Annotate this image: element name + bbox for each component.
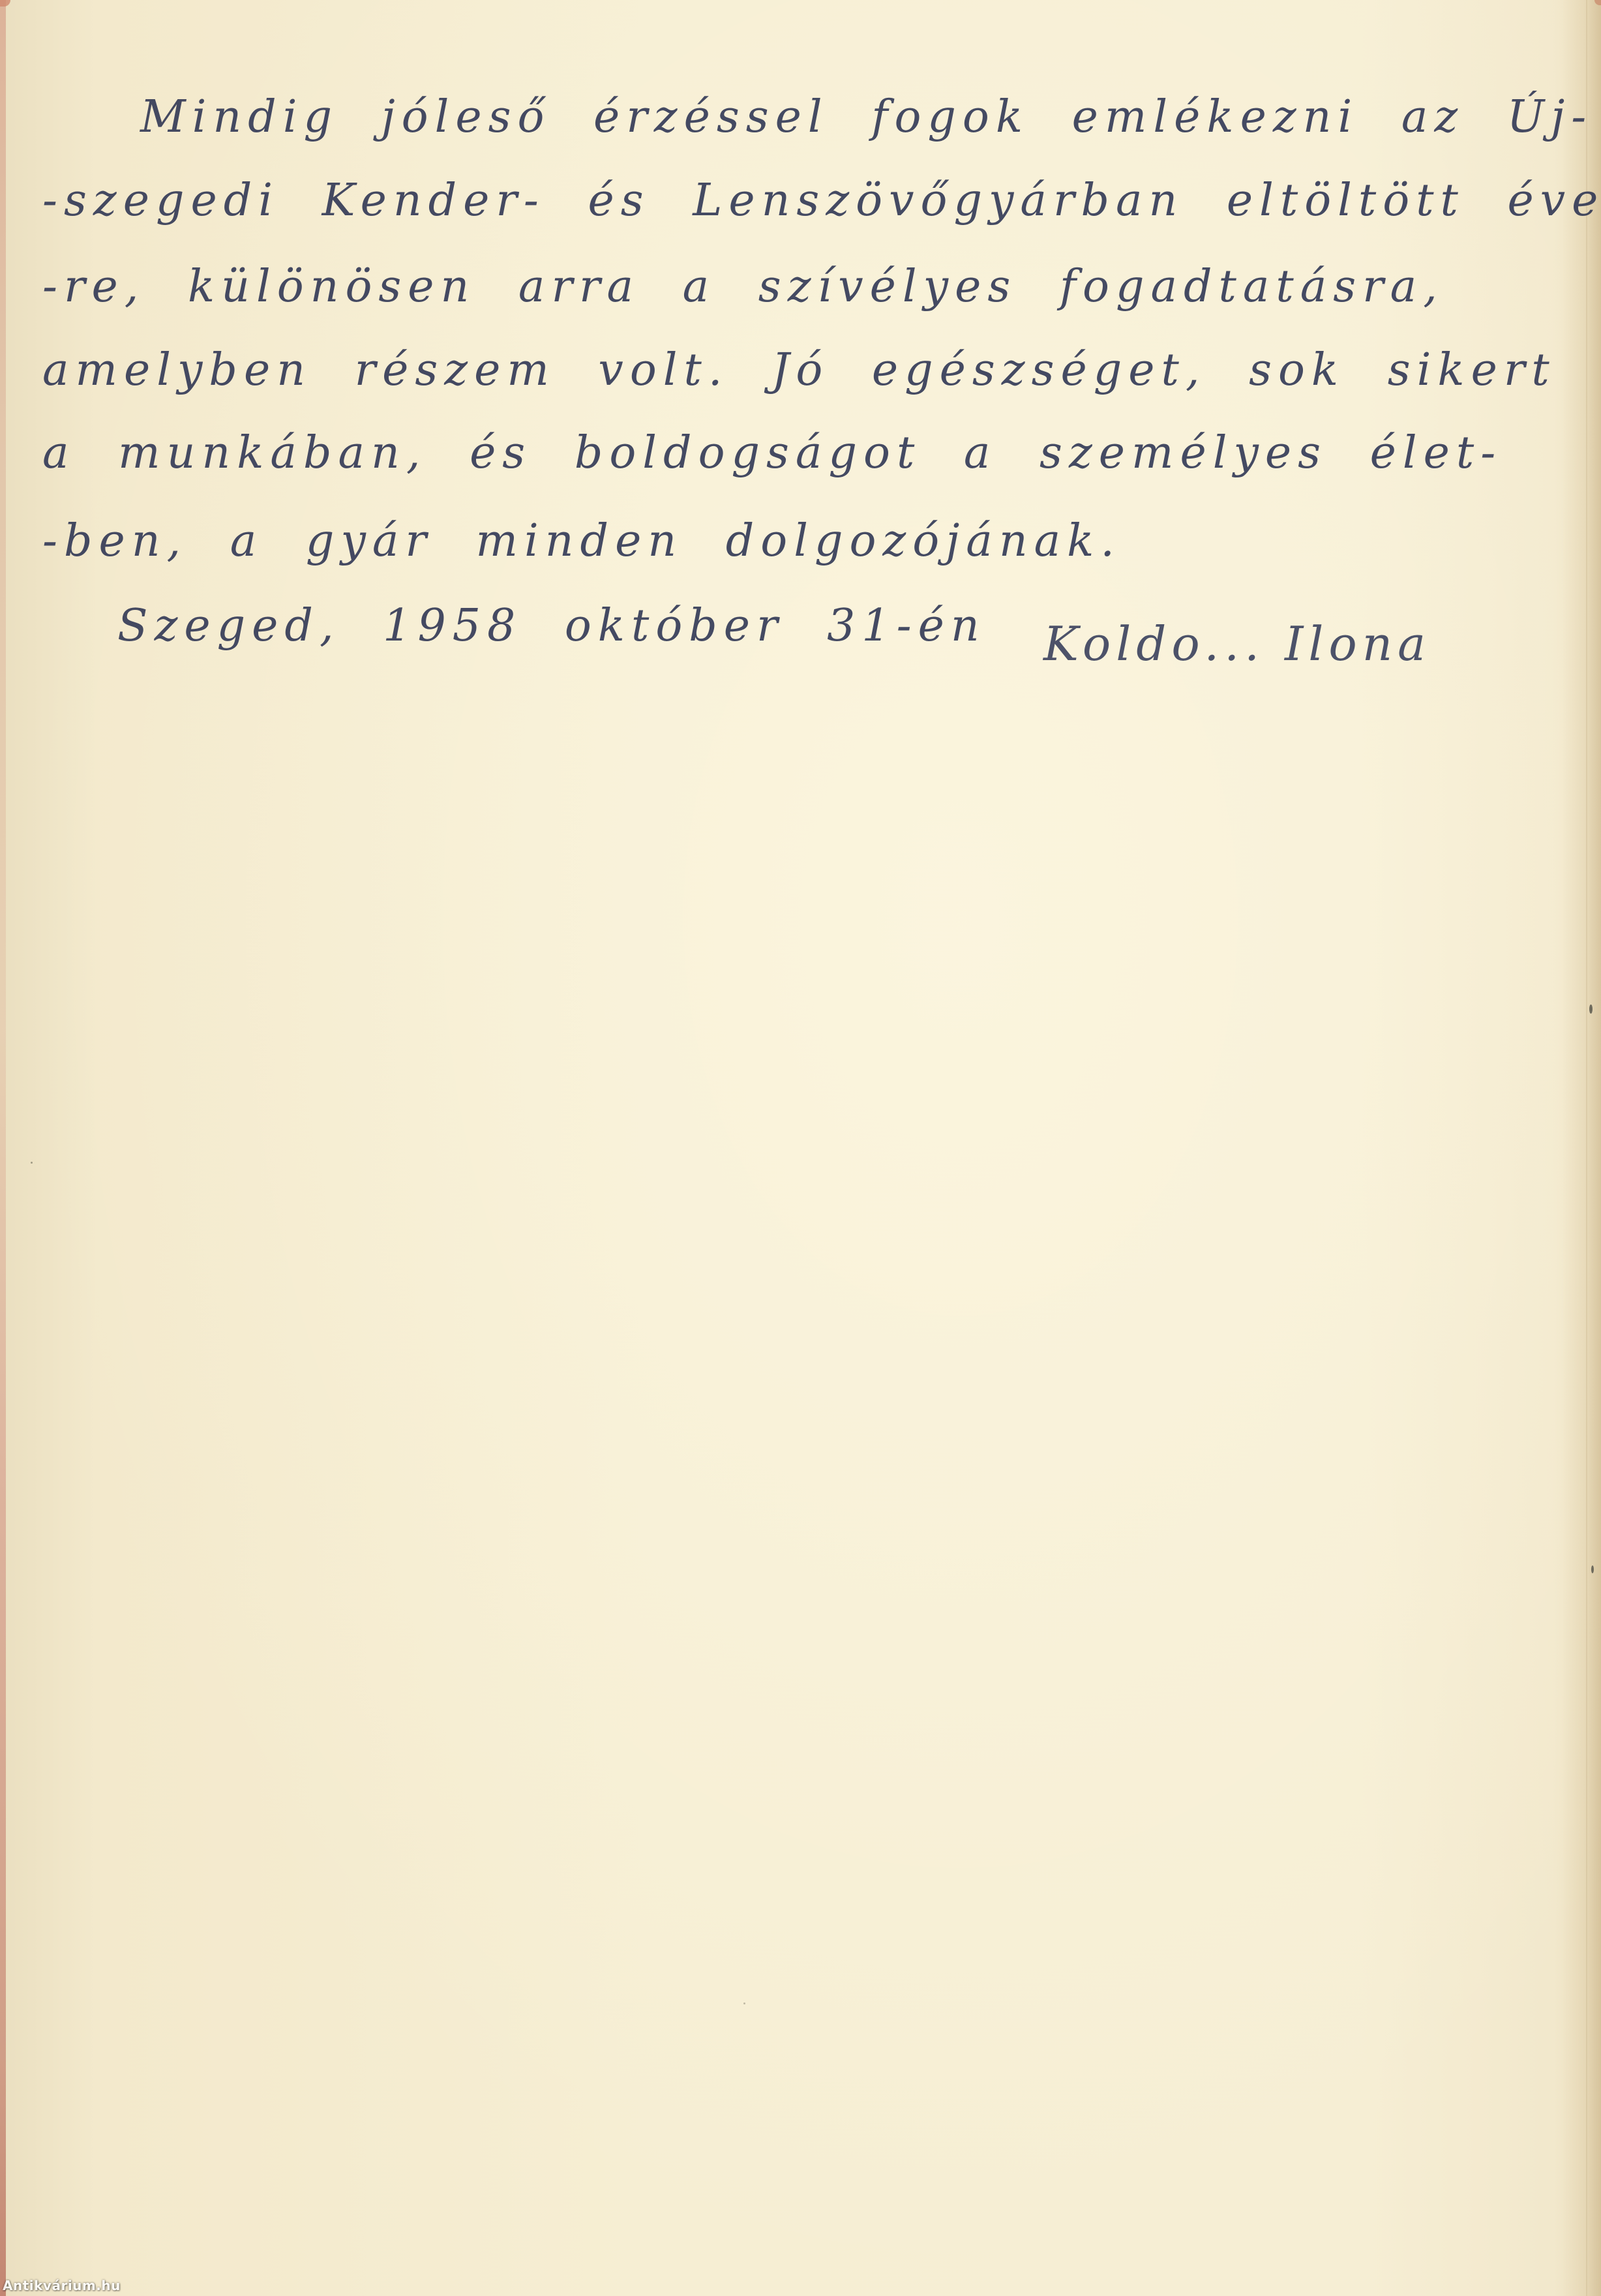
paper-speck (1589, 1004, 1593, 1014)
paper-speck (743, 2002, 745, 2004)
handwritten-line-4: amelyben részem volt. Jó egészséget, sok… (42, 344, 1556, 396)
handwritten-line-1: Mindig jóleső érzéssel fogok emlékezni a… (140, 91, 1593, 143)
handwritten-text-block: Mindig jóleső érzéssel fogok emlékezni a… (0, 0, 1601, 717)
paper-speck (1591, 1565, 1594, 1573)
watermark-antikvarium: Antikvárium.hu (3, 2278, 121, 2293)
place-and-date: Szeged, 1958 október 31-én (117, 600, 986, 652)
handwritten-line-2: -szegedi Kender- és Lenszövőgyárban eltö… (42, 175, 1601, 226)
paper-speck (31, 1162, 33, 1164)
signature: Koldo... Ilona (1043, 616, 1431, 671)
handwritten-line-6: -ben, a gyár minden dolgozójának. (42, 515, 1121, 567)
handwritten-line-5: a munkában, és boldogságot a személyes é… (42, 427, 1502, 479)
scanned-page: Mindig jóleső érzéssel fogok emlékezni a… (0, 0, 1601, 2296)
handwritten-line-3: -re, különösen arra a szívélyes fogadtat… (42, 261, 1444, 312)
